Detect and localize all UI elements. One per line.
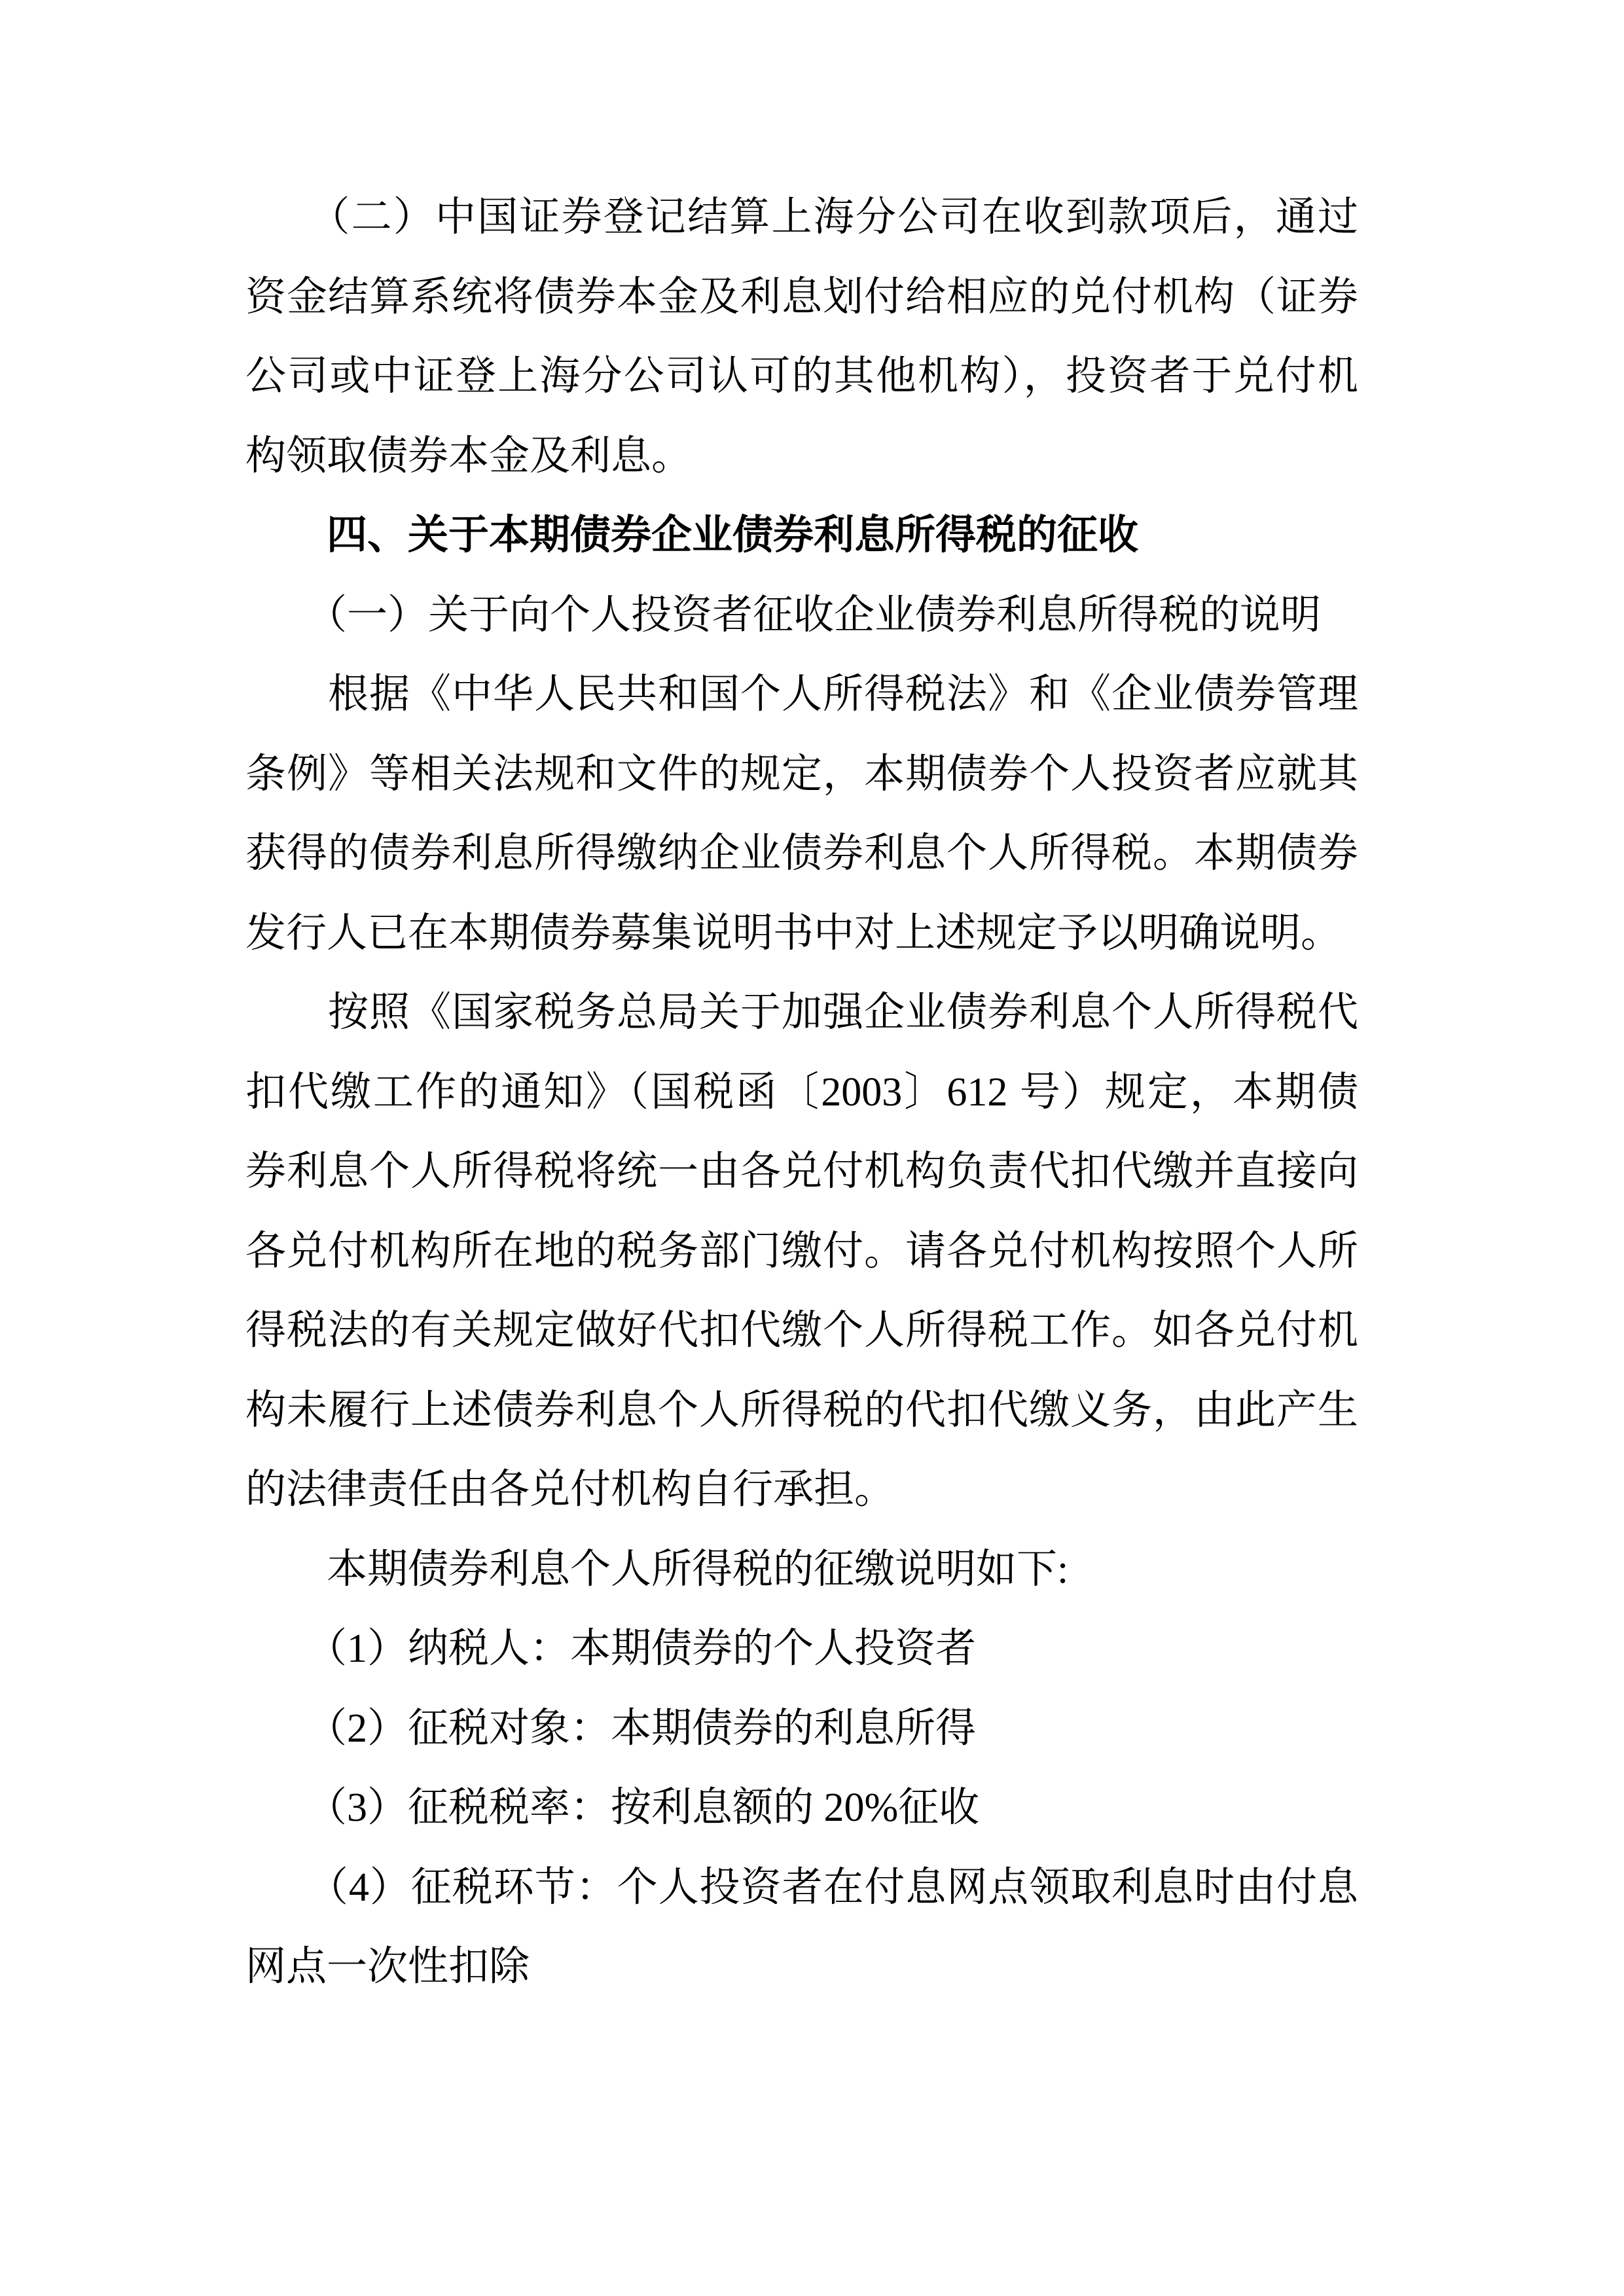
text-line-13: 券利息个人所得税将统一由各兑付机构负责代扣代缴并直接向 [245,1132,1358,1212]
text-line-2: 资金结算系统将债券本金及利息划付给相应的兑付机构（证券 [245,258,1358,338]
text-line-10: 发行人已在本期债券募集说明书中对上述规定予以明确说明。 [245,894,1358,974]
text-line-6: （一）关于向个人投资者征收企业债券利息所得税的说明 [245,576,1358,656]
text-line-8: 条例》等相关法规和文件的规定，本期债券个人投资者应就其 [245,735,1358,815]
text-line-9: 获得的债券利息所得缴纳企业债券利息个人所得税。本期债券 [245,814,1358,894]
text-line-15: 得税法的有关规定做好代扣代缴个人所得税工作。如各兑付机 [245,1291,1358,1371]
document-page: （二）中国证券登记结算上海分公司在收到款项后，通过资金结算系统将债券本金及利息划… [0,0,1624,2296]
text-line-11: 按照《国家税务总局关于加强企业债券利息个人所得税代 [245,973,1358,1053]
text-line-20: （2）征税对象：本期债券的利息所得 [245,1689,1358,1769]
text-line-23: 网点一次性扣除 [245,1928,1358,2007]
text-line-12: 扣代缴工作的通知》（国税函〔2003〕612 号）规定，本期债 [245,1053,1358,1133]
text-line-1: （二）中国证券登记结算上海分公司在收到款项后，通过 [245,178,1358,258]
text-line-18: 本期债券利息个人所得税的征缴说明如下: [245,1530,1358,1610]
text-line-19: （1）纳税人：本期债券的个人投资者 [245,1609,1358,1689]
text-line-17: 的法律责任由各兑付机构自行承担。 [245,1450,1358,1530]
text-line-14: 各兑付机构所在地的税务部门缴付。请各兑付机构按照个人所 [245,1212,1358,1292]
text-line-3: 公司或中证登上海分公司认可的其他机构），投资者于兑付机 [245,337,1358,417]
text-line-7: 根据《中华人民共和国个人所得税法》和《企业债券管理 [245,655,1358,735]
document-body-text: （二）中国证券登记结算上海分公司在收到款项后，通过资金结算系统将债券本金及利息划… [245,178,1358,2007]
text-line-22: （4）征税环节：个人投资者在付息网点领取利息时由付息 [245,1848,1358,1928]
text-line-4: 构领取债券本金及利息。 [245,417,1358,497]
section-heading: 四、关于本期债券企业债券利息所得税的征收 [245,496,1358,576]
text-line-21: （3）征税税率：按利息额的 20%征收 [245,1768,1358,1848]
text-line-16: 构未履行上述债券利息个人所得税的代扣代缴义务，由此产生 [245,1371,1358,1451]
